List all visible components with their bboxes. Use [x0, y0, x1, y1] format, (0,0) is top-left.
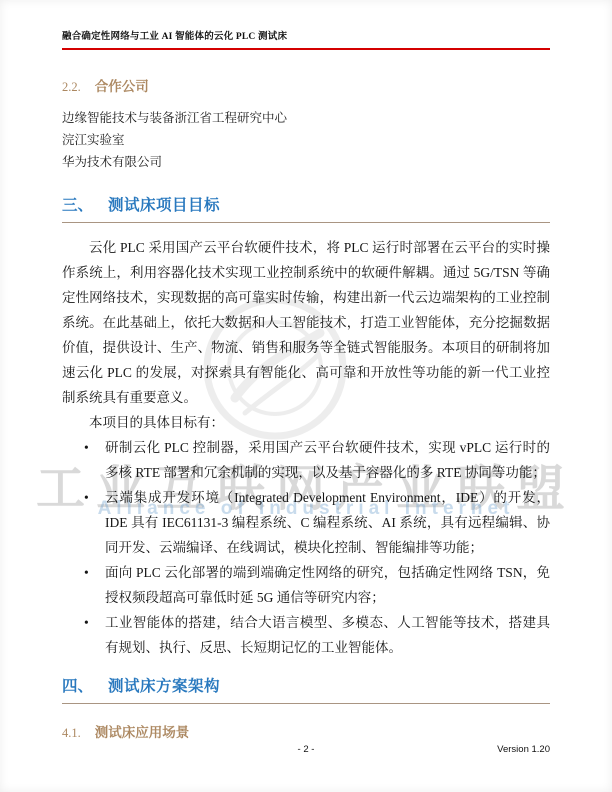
heading-title: 测试床项目目标 [108, 197, 220, 214]
list-item: 云端集成开发环境（Integrated Development Environm… [80, 485, 550, 560]
version-label: Version 1.20 [497, 744, 550, 755]
heading-number: 四、 [62, 678, 93, 695]
list-item: 浣江实验室 [62, 129, 550, 151]
heading-cooperation: 2.2.合作公司 [62, 78, 550, 96]
list-item: 面向 PLC 云化部署的端到端确定性网络的研究，包括确定性网络 TSN，免授权频… [80, 560, 550, 610]
document-title: 融合确定性网络与工业 AI 智能体的云化 PLC 测试床 [62, 30, 550, 44]
page-content: 融合确定性网络与工业 AI 智能体的云化 PLC 测试床 2.2.合作公司 边缘… [0, 0, 612, 742]
heading-scenario: 4.1.测试床应用场景 [62, 724, 550, 742]
heading-title: 测试床方案架构 [108, 678, 220, 695]
company-list: 边缘智能技术与装备浙江省工程研究中心 浣江实验室 华为技术有限公司 [62, 107, 550, 173]
list-item: 研制云化 PLC 控制器，采用国产云平台软硬件技术，实现 vPLC 运行时的多核… [80, 435, 550, 485]
page-footer: - 2 - Version 1.20 [0, 744, 612, 758]
page-header: 融合确定性网络与工业 AI 智能体的云化 PLC 测试床 [62, 30, 550, 50]
list-item: 边缘智能技术与装备浙江省工程研究中心 [62, 107, 550, 129]
heading-title: 测试床应用场景 [95, 725, 190, 740]
goals-bullet-list: 研制云化 PLC 控制器，采用国产云平台软硬件技术，实现 vPLC 运行时的多核… [62, 435, 550, 660]
list-item: 华为技术有限公司 [62, 151, 550, 173]
heading-number: 4.1. [62, 726, 81, 740]
heading-number: 三、 [62, 197, 93, 214]
goals-paragraph: 云化 PLC 采用国产云平台软硬件技术，将 PLC 运行时部署在云平台的实时操作… [62, 235, 550, 410]
list-item: 工业智能体的搭建，结合大语言模型、多模态、人工智能等技术，搭建具有规划、执行、反… [80, 610, 550, 660]
heading-architecture: 四、测试床方案架构 [62, 676, 550, 704]
heading-title: 合作公司 [95, 79, 149, 94]
document-page: 工业互联网产业联盟 Alliance of Industrial Interne… [0, 0, 612, 792]
heading-goals: 三、测试床项目目标 [62, 195, 550, 223]
goals-lead-in: 本项目的具体目标有： [62, 410, 550, 435]
heading-number: 2.2. [62, 80, 81, 94]
